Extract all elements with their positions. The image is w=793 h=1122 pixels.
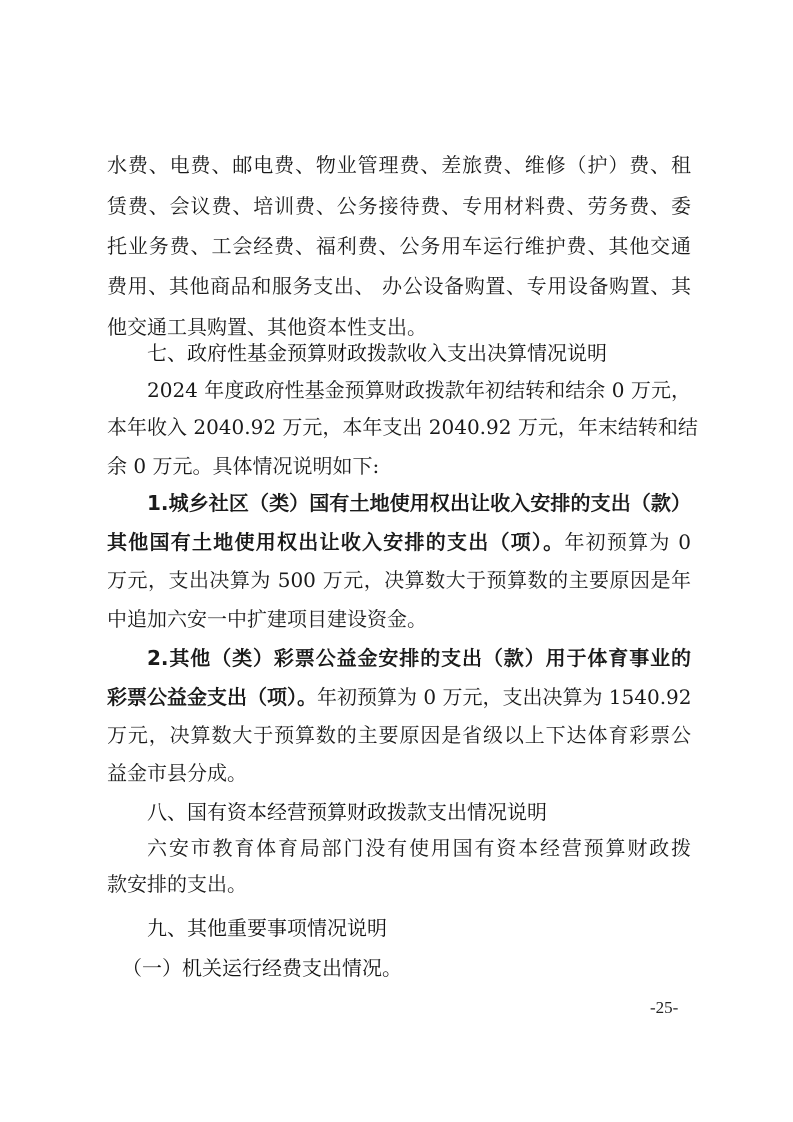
- paragraph-line: 万元，决算数大于预算数的主要原因是省级以上下达体育彩票公: [107, 720, 691, 750]
- page-number: -25-: [650, 998, 700, 1018]
- subsection-heading: （一）机关运行经费支出情况。: [122, 953, 706, 983]
- paragraph-line: 本年收入 2040.92 万元，本年支出 2040.92 万元，年末结转和结: [107, 412, 691, 442]
- item-1-title-line: 1.城乡社区（类）国有土地使用权出让收入安排的支出（款）: [147, 488, 691, 518]
- item-1-title-end: 其他国有土地使用权出让收入安排的支出（项）。: [107, 530, 564, 554]
- item-1-text: 年初预算为 0: [564, 530, 691, 554]
- paragraph-line: 2024 年度政府性基金预算财政拨款年初结转和结余 0 万元，: [147, 375, 691, 405]
- section-heading-7: 七、政府性基金预算财政拨款收入支出决算情况说明: [147, 338, 691, 368]
- paragraph-line: 余 0 万元。具体情况说明如下:: [107, 451, 691, 481]
- document-page: 水费、电费、邮电费、物业管理费、差旅费、维修（护）费、租 赁费、会议费、培训费、…: [0, 0, 793, 1122]
- paragraph-line: 六安市教育体育局部门没有使用国有资本经营预算财政拨: [147, 833, 691, 863]
- paragraph-line: 中追加六安一中扩建项目建设资金。: [107, 604, 691, 634]
- section-heading-8: 八、国有资本经营预算财政拨款支出情况说明: [147, 797, 691, 827]
- section-heading-9: 九、其他重要事项情况说明: [147, 913, 691, 943]
- paragraph-line: 托业务费、工会经费、福利费、公务用车运行维护费、其他交通: [107, 231, 691, 261]
- paragraph-line: 益金市县分成。: [107, 758, 691, 788]
- item-2-line-2: 彩票公益金支出（项）。年初预算为 0 万元，支出决算为 1540.92: [107, 682, 691, 712]
- paragraph-line: 款安排的支出。: [107, 869, 691, 899]
- paragraph-line: 水费、电费、邮电费、物业管理费、差旅费、维修（护）费、租: [107, 150, 691, 180]
- paragraph-line: 万元，支出决算为 500 万元，决算数大于预算数的主要原因是年: [107, 565, 691, 595]
- item-2-title-line: 2.其他（类）彩票公益金安排的支出（款）用于体育事业的: [147, 643, 691, 673]
- item-1-line-2: 其他国有土地使用权出让收入安排的支出（项）。年初预算为 0: [107, 527, 691, 557]
- item-2-text: 年初预算为 0 万元，支出决算为 1540.92: [317, 685, 692, 709]
- paragraph-line: 赁费、会议费、培训费、公务接待费、专用材料费、劳务费、委: [107, 191, 691, 221]
- item-2-title-end: 彩票公益金支出（项）。: [107, 685, 317, 709]
- paragraph-line: 费用、其他商品和服务支出、 办公设备购置、专用设备购置、其: [107, 271, 691, 301]
